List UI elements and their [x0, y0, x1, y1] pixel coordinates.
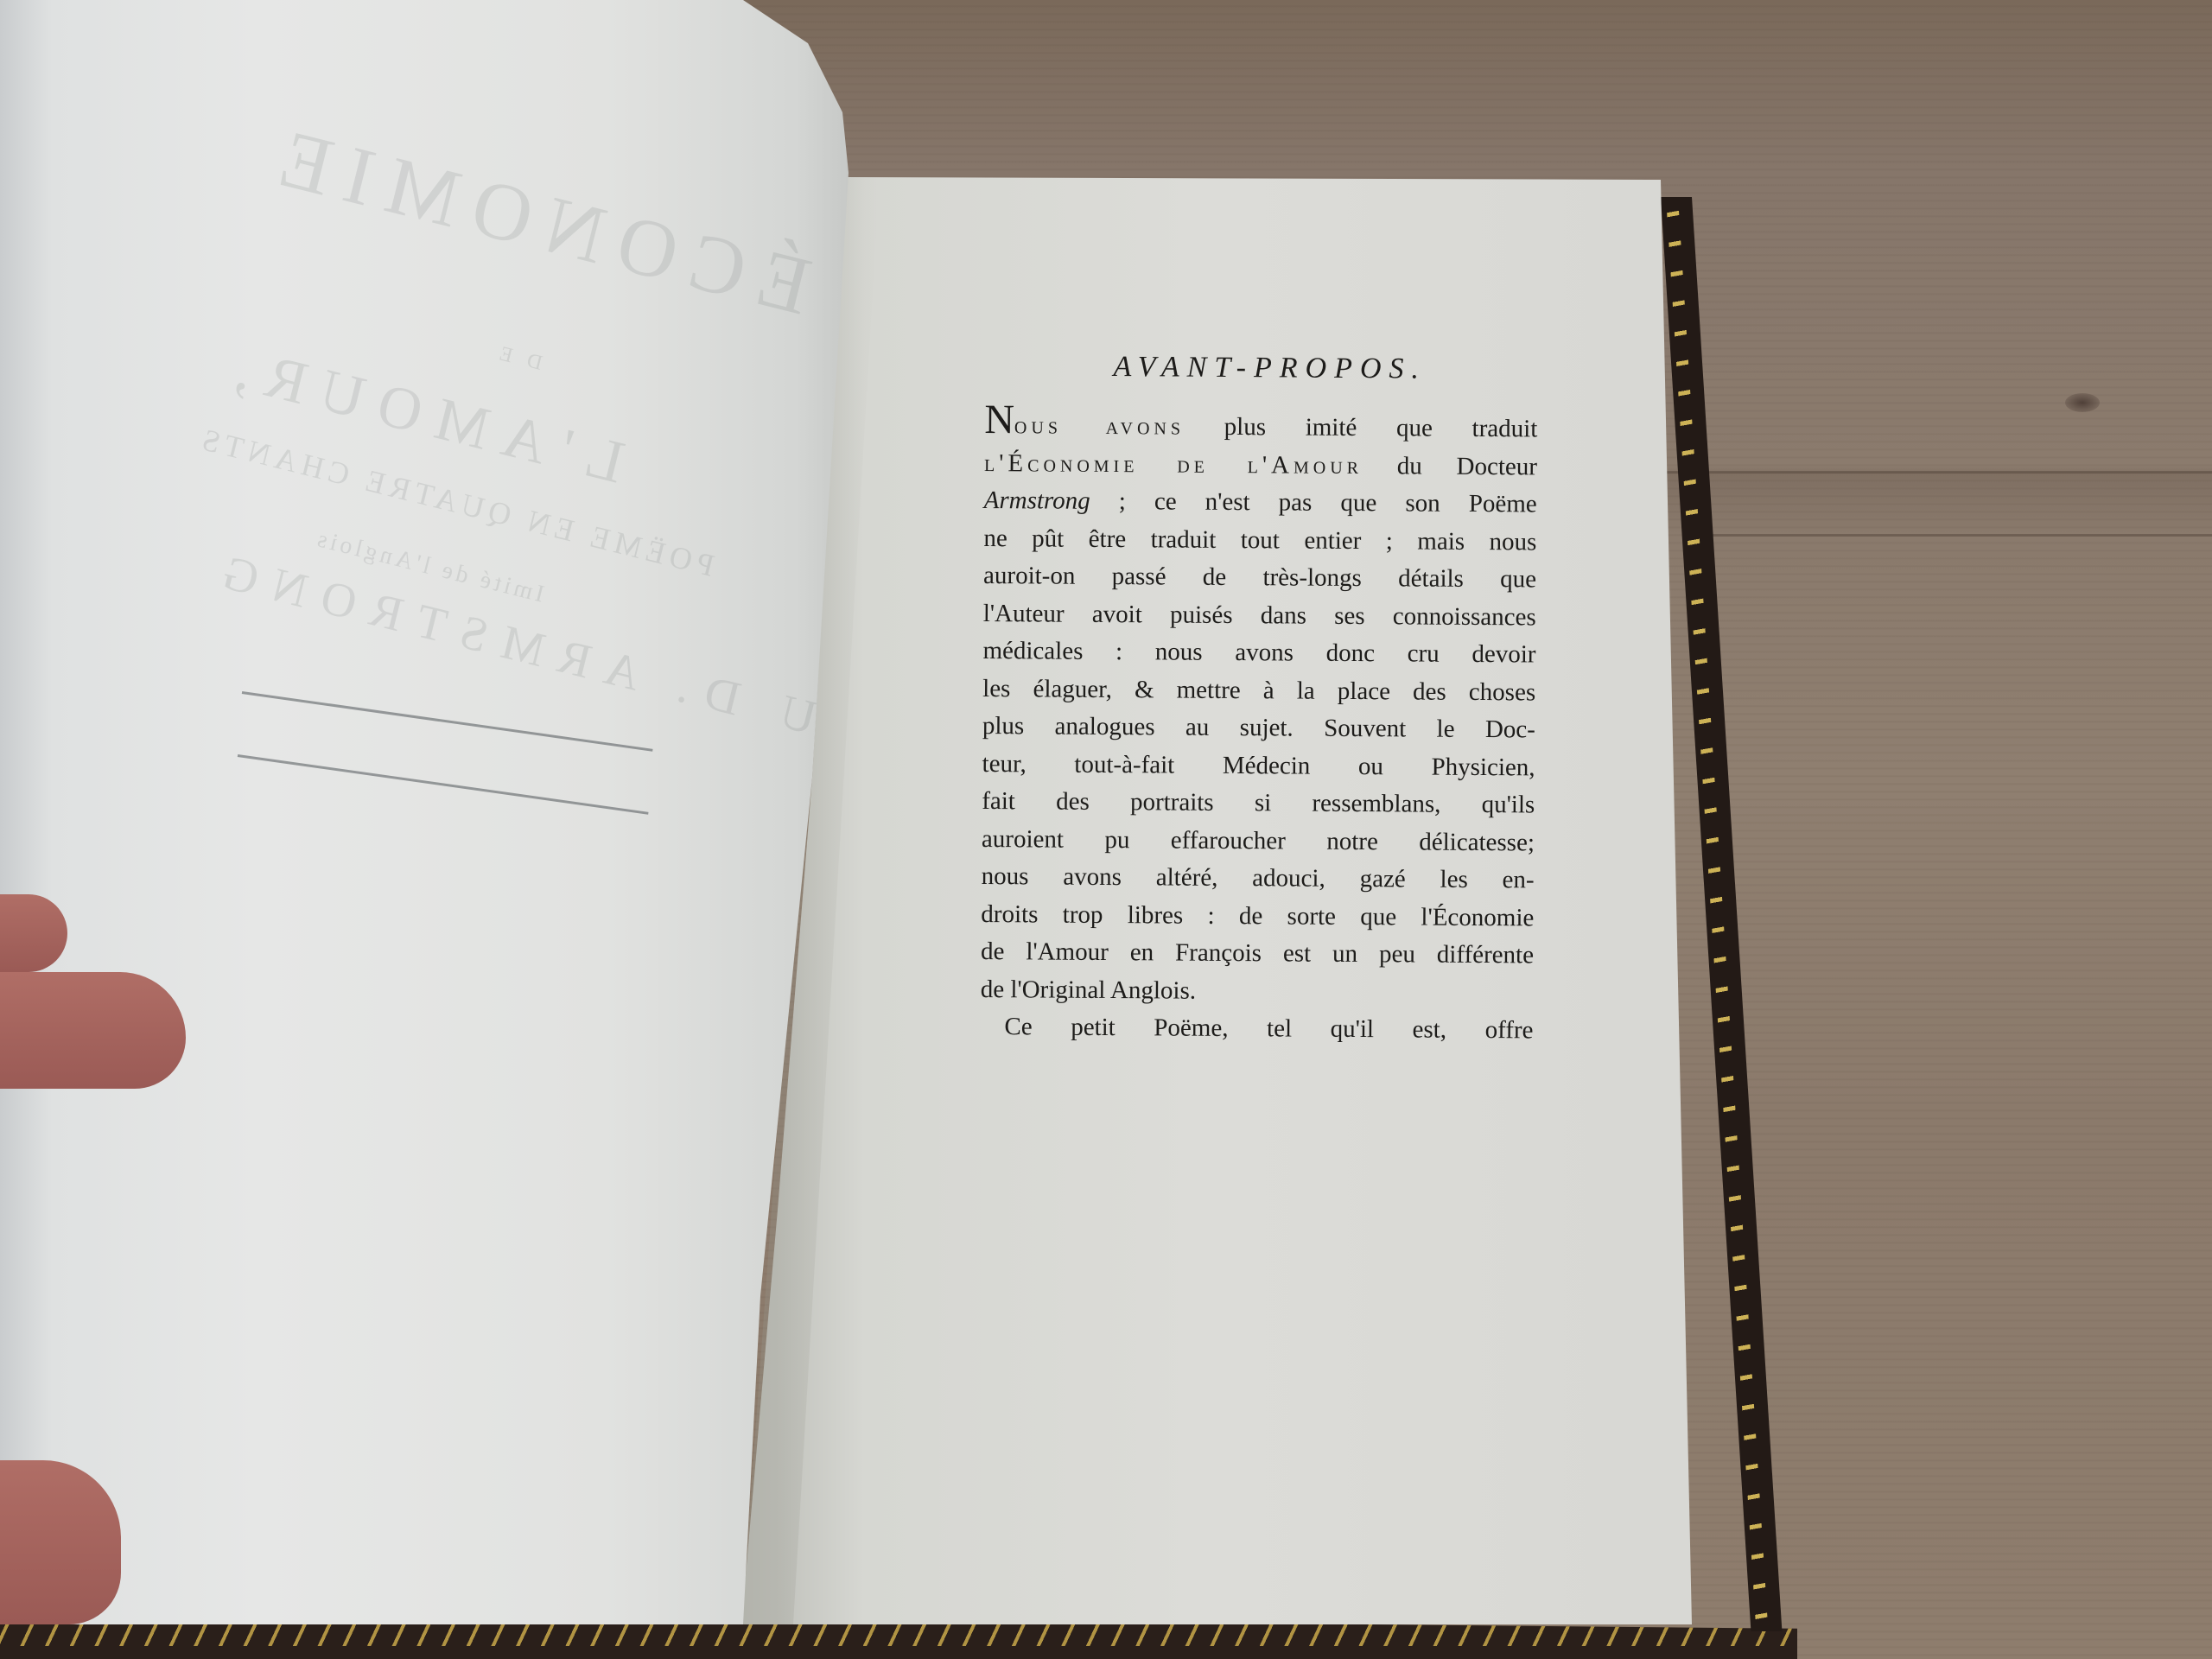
text-line: fait des portraits si ressemblans, qu'il…: [982, 783, 1535, 824]
text-line: droits trop libres : de sorte que l'Écon…: [981, 895, 1534, 937]
text-line: auroient pu effaroucher notre délicatess…: [982, 820, 1535, 861]
left-page[interactable]: ÉCONOMIE DE L'AMOUR, POËME EN QUATRE CHA…: [0, 0, 851, 1624]
text-line: de l'Amour en François est un peu différ…: [981, 933, 1534, 975]
printed-text-block: AVANT-PROPOS. Nous avons plus imité que …: [980, 341, 1538, 1050]
text-line: l'Auteur avoit puisés dans ses connoissa…: [983, 594, 1536, 636]
drop-cap: N: [984, 397, 1014, 442]
text-line: Ce petit Poëme, tel qu'il est, offre: [980, 1008, 1533, 1050]
text-line: médicales : nous avons donc cru devoir: [982, 632, 1535, 674]
plank-seam: [1694, 534, 2212, 537]
finger: [0, 972, 186, 1089]
text-line: ne pût être traduit tout entier ; mais n…: [983, 519, 1536, 561]
text-line: les élaguer, & mettre à la place des cho…: [982, 670, 1535, 711]
plank-seam: [1642, 471, 2212, 474]
text-line: nous avons altéré, adouci, gazé les en-: [982, 858, 1535, 899]
text-line: Armstrong ; ce n'est pas que son Poëme: [984, 482, 1537, 524]
text-line: plus analogues au sujet. Souvent le Doc-: [982, 708, 1535, 749]
paragraph-2: Ce petit Poëme, tel qu'il est, offre: [980, 1008, 1533, 1050]
show-through-title: ÉCONOMIE: [256, 107, 820, 334]
show-through-rule: [242, 691, 653, 752]
text-line: l'Économie de l'Amour du Docteur: [984, 444, 1537, 486]
paragraph-1: Nous avons plus imité que traduit l'Écon…: [981, 407, 1538, 1012]
text-line: Nous avons plus imité que traduit: [984, 407, 1537, 448]
show-through-rule: [238, 754, 649, 815]
text-line: de l'Original Anglois.: [981, 970, 1534, 1012]
text-line: auroit-on passé de très-longs détails qu…: [983, 557, 1536, 599]
page-heading: AVANT-PROPOS.: [1002, 350, 1538, 386]
text-line: teur, tout-à-fait Médecin ou Physicien,: [982, 745, 1535, 786]
show-through-line: DE: [482, 339, 545, 376]
show-through-line: DU D. ARMSTRONG: [202, 541, 871, 758]
wood-knot: [2065, 393, 2100, 412]
